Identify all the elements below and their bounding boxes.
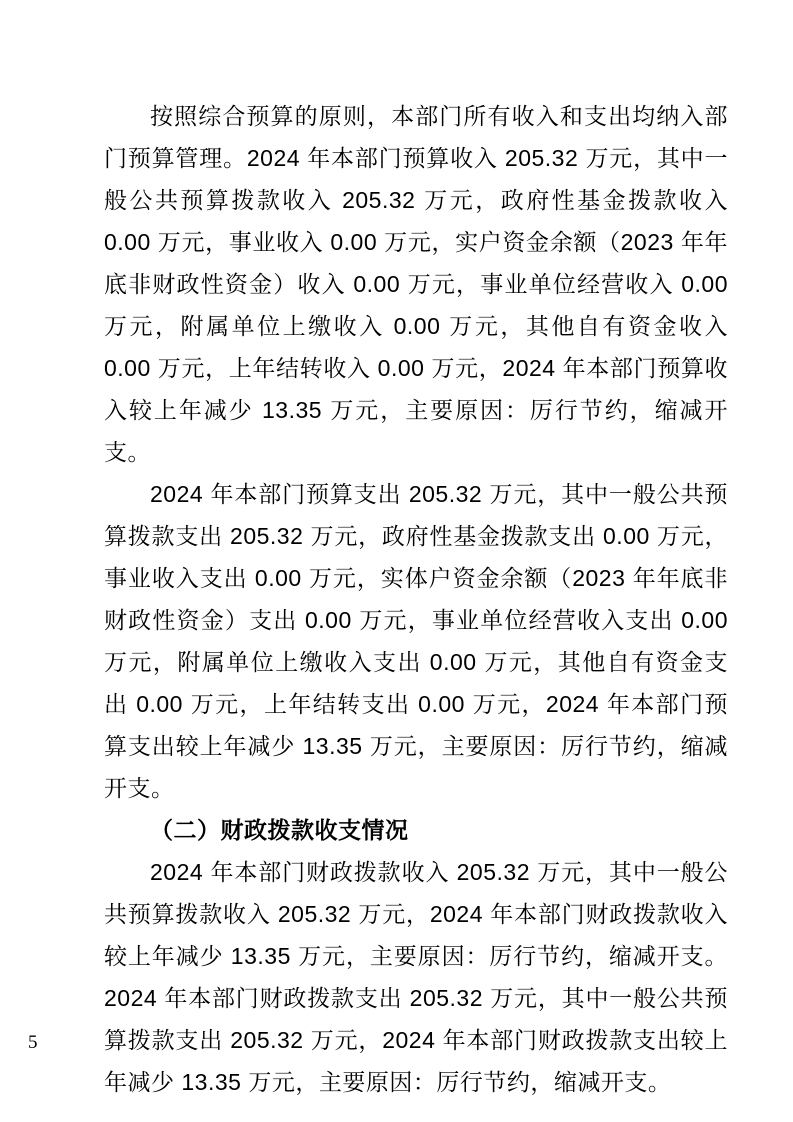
- paragraph-fiscal-appropriation: 2024 年本部门财政拨款收入 205.32 万元，其中一般公共预算拨款收入 2…: [104, 851, 728, 1103]
- section-heading-fiscal-appropriation: （二）财政拨款收支情况: [104, 809, 728, 851]
- page-number: 5: [28, 1028, 38, 1058]
- document-page: 按照综合预算的原则，本部门所有收入和支出均纳入部门预算管理。2024 年本部门预…: [0, 0, 793, 1122]
- paragraph-budget-income: 按照综合预算的原则，本部门所有收入和支出均纳入部门预算管理。2024 年本部门预…: [104, 95, 728, 473]
- paragraph-budget-expenditure: 2024 年本部门预算支出 205.32 万元，其中一般公共预算拨款支出 205…: [104, 473, 728, 809]
- document-body: 按照综合预算的原则，本部门所有收入和支出均纳入部门预算管理。2024 年本部门预…: [104, 95, 728, 1103]
